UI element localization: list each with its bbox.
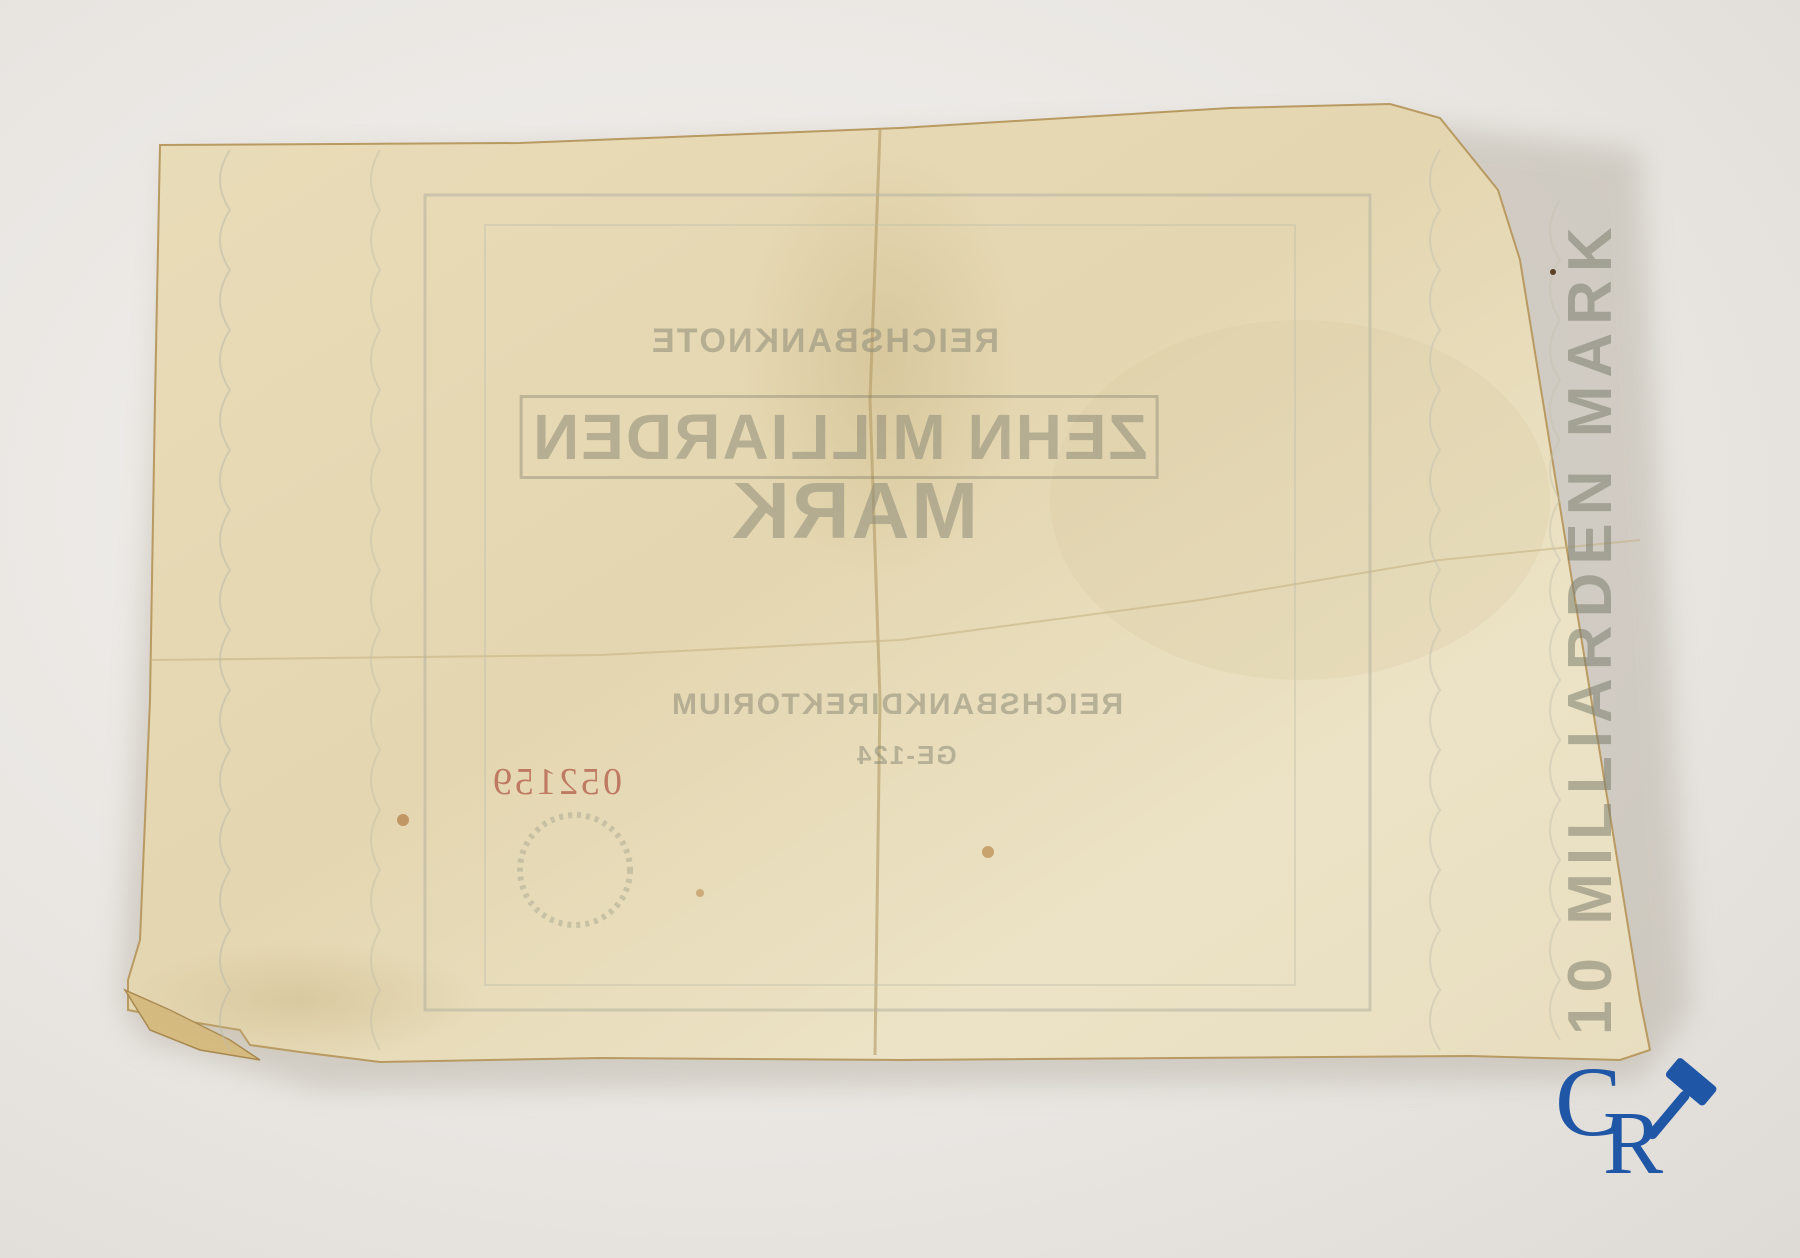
issuer-text: REICHSBANKDIREKTORIUM xyxy=(670,688,1123,722)
side-text: 10 MILLIARDEN MARK xyxy=(1555,219,1626,1035)
photo-scene: REICHSBANKNOTE ZEHN MILLIARDEN MARK REIC… xyxy=(0,0,1800,1258)
cr-gavel-logo: C R xyxy=(1545,1040,1745,1180)
denomination-line2: MARK xyxy=(730,465,978,557)
serial-number: 052159 xyxy=(490,760,622,804)
side-text-wrap: 10 MILLIARDEN MARK xyxy=(1475,155,1565,1035)
series-code: GE-124 xyxy=(855,740,957,771)
header-text: REICHSBANKNOTE xyxy=(650,322,999,361)
